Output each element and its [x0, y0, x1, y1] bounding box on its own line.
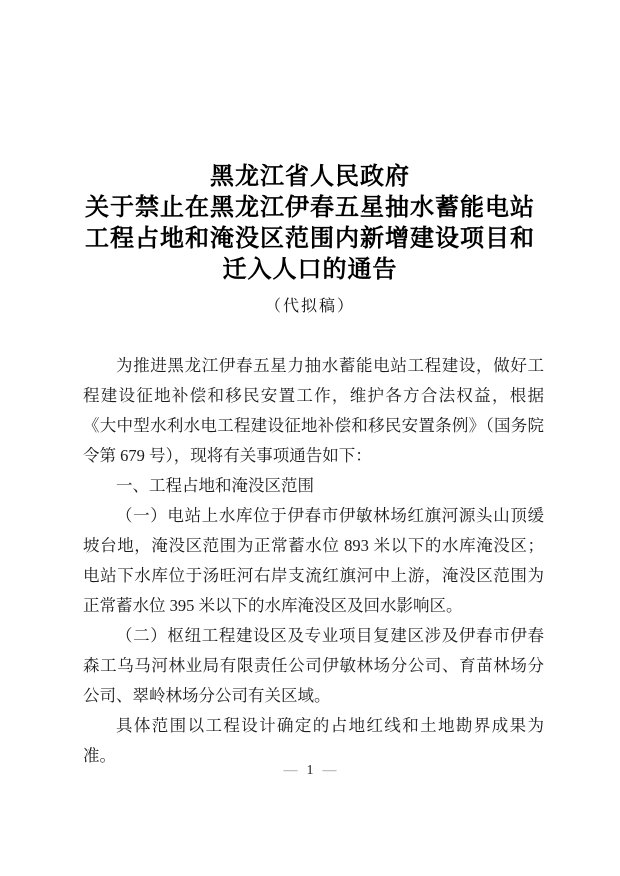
document-subtitle: （代拟稿） — [0, 296, 620, 318]
page-footer: —1— — [0, 762, 620, 780]
title-line-2: 关于禁止在黑龙江伊春五星抽水蓄能电站 — [0, 193, 620, 224]
page-number: 1 — [298, 763, 323, 778]
document-body: 为推进黑龙江伊春五星力抽水蓄能电站工程建设，做好工程建设征地补偿和移民安置工作，… — [83, 351, 544, 771]
footer-dash-left: — — [284, 763, 298, 778]
section-heading-scope: 一、工程占地和淹没区范围 — [83, 471, 544, 501]
document-page: 黑龙江省人民政府 关于禁止在黑龙江伊春五星抽水蓄能电站 工程占地和淹没区范围内新… — [0, 0, 620, 876]
document-title: 黑龙江省人民政府 关于禁止在黑龙江伊春五星抽水蓄能电站 工程占地和淹没区范围内新… — [0, 162, 620, 286]
footer-dash-right: — — [323, 763, 337, 778]
title-line-3: 工程占地和淹没区范围内新增建设项目和 — [0, 224, 620, 255]
title-line-4: 迁入人口的通告 — [0, 255, 620, 286]
paragraph-item-2: （二）枢纽工程建设区及专业项目复建区涉及伊春市伊春森工乌马河林业局有限责任公司伊… — [83, 621, 544, 711]
title-line-issuer: 黑龙江省人民政府 — [0, 162, 620, 193]
paragraph-item-1: （一）电站上水库位于伊春市伊敏林场红旗河源头山顶缓坡台地，淹没区范围为正常蓄水位… — [83, 501, 544, 621]
paragraph-intro: 为推进黑龙江伊春五星力抽水蓄能电站工程建设，做好工程建设征地补偿和移民安置工作，… — [83, 351, 544, 471]
